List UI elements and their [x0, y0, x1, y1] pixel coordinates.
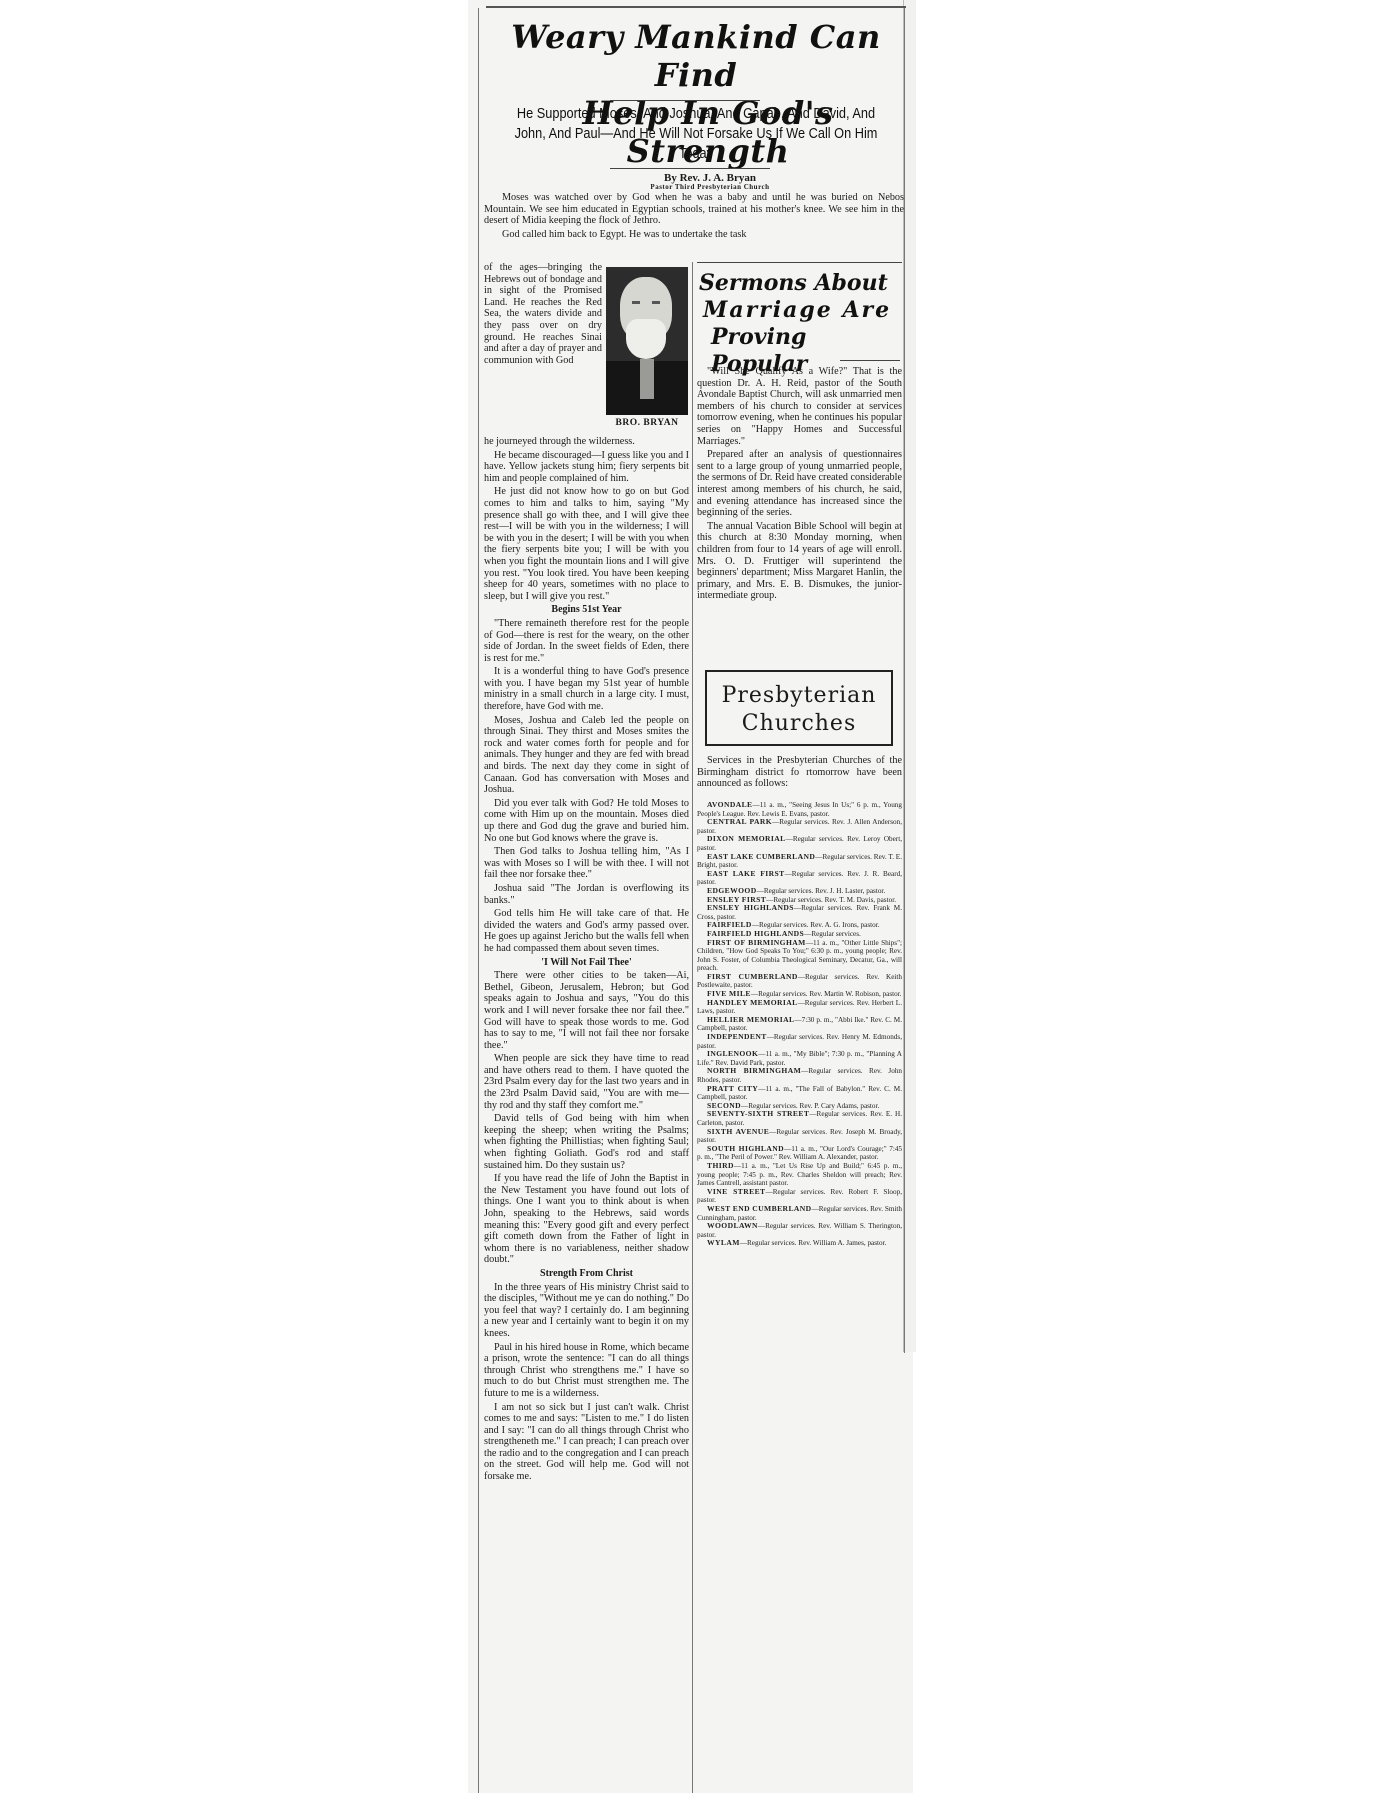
sidebar-top-rule: [697, 262, 902, 263]
lead-paragraph: Moses was watched over by God when he wa…: [484, 192, 904, 227]
box-title-line-2: Churches: [707, 710, 891, 738]
church-name: AVONDALE: [707, 800, 753, 809]
headline-line-1: Weary Mankind Can Find: [486, 18, 906, 94]
column-divider: [692, 262, 693, 1793]
article-subhead: He Supported Moses, And Joshua, And Capa…: [511, 104, 881, 164]
sidebar-paragraph: Prepared after an analysis of questionna…: [697, 449, 902, 519]
body-paragraph: There were other cities to be taken—Ai, …: [484, 970, 689, 1051]
church-name: SIXTH AVENUE: [707, 1127, 769, 1136]
church-name: INGLENOOK: [707, 1049, 758, 1058]
body-paragraph: Paul in his hired house in Rome, which b…: [484, 1342, 689, 1400]
presbyterian-intro: Services in the Presbyterian Churches of…: [697, 755, 902, 792]
church-entry: WEST END CUMBERLAND—Regular services. Re…: [697, 1205, 902, 1222]
sidebar-paragraph: The annual Vacation Bible School will be…: [697, 521, 902, 602]
church-entry: CENTRAL PARK—Regular services. Rev. J. A…: [697, 818, 902, 835]
church-name: FIRST OF BIRMINGHAM: [707, 938, 806, 947]
body-paragraph: I am not so sick but I just can't walk. …: [484, 1402, 689, 1483]
narrow-paragraph: of the ages—bringing the Hebrews out of …: [484, 262, 602, 366]
church-entry: EAST LAKE FIRST—Regular services. Rev. J…: [697, 870, 902, 887]
church-name: NORTH BIRMINGHAM: [707, 1066, 801, 1075]
church-list: AVONDALE—11 a. m., "Seeing Jesus In Us;"…: [697, 801, 902, 1248]
church-name: INDEPENDENT: [707, 1032, 767, 1041]
headline-rule: [610, 100, 760, 101]
church-name: EAST LAKE CUMBERLAND: [707, 852, 815, 861]
sidebar-title-rule: [840, 360, 900, 361]
section-subhead: Begins 51st Year: [484, 604, 689, 616]
church-entry: FIRST CUMBERLAND—Regular services. Rev. …: [697, 973, 902, 990]
church-details: —Regular services. Rev. J. H. Laster, pa…: [757, 887, 886, 895]
church-entry: SOUTH HIGHLAND—11 a. m., "Our Lord's Cou…: [697, 1145, 902, 1162]
church-entry: WOODLAWN—Regular services. Rev. William …: [697, 1222, 902, 1239]
section-subhead: Strength From Christ: [484, 1268, 689, 1280]
body-paragraph: Then God talks to Joshua telling him, "A…: [484, 846, 689, 881]
body-paragraph: "There remaineth therefore rest for the …: [484, 618, 689, 664]
body-paragraph: Did you ever talk with God? He told Mose…: [484, 798, 689, 844]
church-entry: DIXON MEMORIAL—Regular services. Rev. Le…: [697, 835, 902, 852]
sidebar-headline: Sermons About Marriage Are Proving Popul…: [697, 270, 902, 378]
church-name: HANDLEY MEMORIAL: [707, 998, 798, 1007]
body-paragraph: If you have read the life of John the Ba…: [484, 1173, 689, 1266]
body-paragraph: Joshua said "The Jordan is overflowing i…: [484, 883, 689, 906]
column-one-body: he journeyed through the wilderness. He …: [484, 436, 689, 1485]
body-paragraph: It is a wonderful thing to have God's pr…: [484, 666, 689, 712]
church-name: WYLAM: [707, 1238, 740, 1247]
church-entry: SEVENTY-SIXTH STREET—Regular services. R…: [697, 1110, 902, 1127]
church-entry: INDEPENDENT—Regular services. Rev. Henry…: [697, 1033, 902, 1050]
column-one-narrow: of the ages—bringing the Hebrews out of …: [484, 262, 602, 368]
church-entry: ENSLEY HIGHLANDS—Regular services. Rev. …: [697, 904, 902, 921]
sidebar-paragraph: "Will She Qualify As a Wife?" That is th…: [697, 366, 902, 447]
church-name: ENSLEY HIGHLANDS: [707, 903, 794, 912]
presbyterian-churches-box: Presbyterian Churches: [705, 670, 893, 746]
column-border-left: [478, 8, 479, 1793]
church-name: DIXON MEMORIAL: [707, 834, 786, 843]
church-details: —Regular services. Rev. William A. James…: [740, 1239, 887, 1247]
church-name: HELLIER MEMORIAL: [707, 1015, 794, 1024]
column-border-right: [904, 8, 905, 1353]
church-name: SOUTH HIGHLAND: [707, 1144, 784, 1153]
sidebar-body: "Will She Qualify As a Wife?" That is th…: [697, 366, 902, 604]
author-photo: [606, 267, 688, 415]
section-subhead: 'I Will Not Fail Thee': [484, 957, 689, 969]
church-name: THIRD: [707, 1161, 734, 1170]
church-entry: SIXTH AVENUE—Regular services. Rev. Jose…: [697, 1128, 902, 1145]
church-entry: THIRD—11 a. m., "Let Us Rise Up and Buil…: [697, 1162, 902, 1188]
body-paragraph: he journeyed through the wilderness.: [484, 436, 689, 448]
intro-paragraph: Services in the Presbyterian Churches of…: [697, 755, 902, 790]
photo-caption: BRO. BRYAN: [606, 418, 688, 428]
church-name: PRATT CITY: [707, 1084, 758, 1093]
body-paragraph: God tells him He will take care of that.…: [484, 908, 689, 954]
church-entry: NORTH BIRMINGHAM—Regular services. Rev. …: [697, 1067, 902, 1084]
top-rule: [486, 6, 906, 8]
sidebar-headline-line: Sermons About: [697, 270, 902, 297]
box-title-line-1: Presbyterian: [707, 682, 891, 710]
church-name: WEST END CUMBERLAND: [707, 1204, 812, 1213]
church-entry: FIRST OF BIRMINGHAM—11 a. m., "Other Lit…: [697, 939, 902, 973]
church-entry: WYLAM—Regular services. Rev. William A. …: [697, 1239, 902, 1248]
church-name: SEVENTY-SIXTH STREET: [707, 1109, 809, 1118]
church-entry: PRATT CITY—11 a. m., "The Fall of Babylo…: [697, 1085, 902, 1102]
lead-paragraphs: Moses was watched over by God when he wa…: [484, 192, 904, 242]
body-paragraph: David tells of God being with him when k…: [484, 1113, 689, 1171]
church-name: WOODLAWN: [707, 1221, 758, 1230]
church-entry: EAST LAKE CUMBERLAND—Regular services. R…: [697, 853, 902, 870]
lead-paragraph: God called him back to Egypt. He was to …: [484, 229, 904, 241]
church-name: FIRST CUMBERLAND: [707, 972, 798, 981]
body-paragraph: When people are sick they have time to r…: [484, 1053, 689, 1111]
church-entry: AVONDALE—11 a. m., "Seeing Jesus In Us;"…: [697, 801, 902, 818]
sidebar-headline-line: Marriage Are: [697, 297, 902, 324]
church-entry: VINE STREET—Regular services. Rev. Rober…: [697, 1188, 902, 1205]
church-entry: HELLIER MEMORIAL—7:30 p. m., "Abbi Ike."…: [697, 1016, 902, 1033]
church-name: CENTRAL PARK: [707, 817, 772, 826]
church-entry: INGLENOOK—11 a. m., "My Bible"; 7:30 p. …: [697, 1050, 902, 1067]
byline-title: Pastor Third Presbyterian Church: [560, 183, 860, 191]
church-name: VINE STREET: [707, 1187, 766, 1196]
church-entry: HANDLEY MEMORIAL—Regular services. Rev. …: [697, 999, 902, 1016]
body-paragraph: He just did not know how to go on but Go…: [484, 486, 689, 602]
body-paragraph: He became discouraged—I guess like you a…: [484, 450, 689, 485]
body-paragraph: Moses, Joshua and Caleb led the people o…: [484, 715, 689, 796]
subhead-rule: [610, 168, 770, 169]
church-details: —Regular services.: [804, 930, 861, 938]
body-paragraph: In the three years of His ministry Chris…: [484, 1282, 689, 1340]
church-name: EAST LAKE FIRST: [707, 869, 785, 878]
